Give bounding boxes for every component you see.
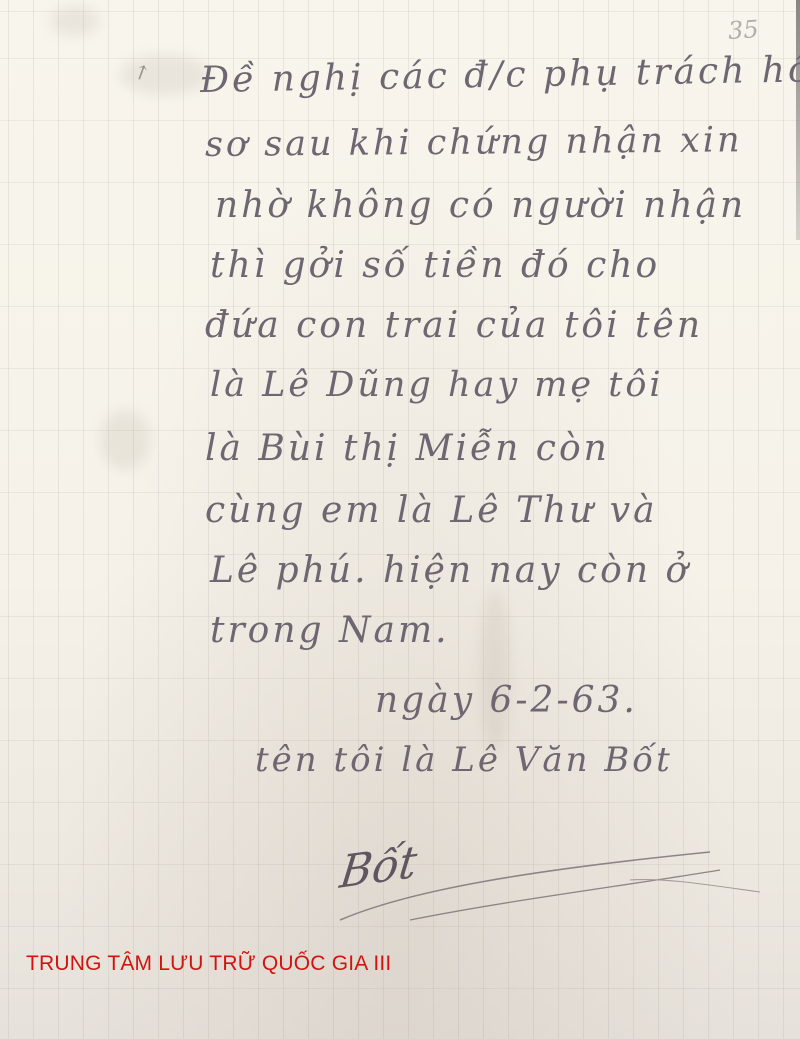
letter-line: là Lê Dũng hay mẹ tôi <box>210 365 664 405</box>
letter-line: trong Nam. <box>210 610 450 651</box>
name-line: tên tôi là Lê Văn Bốt <box>255 740 673 780</box>
page-edge-shadow <box>796 0 800 240</box>
letter-line: nhờ không có người nhận <box>215 185 746 226</box>
paper-stain <box>480 590 510 750</box>
page-number: 35 <box>727 15 759 45</box>
letter-line: thì gởi số tiền đó cho <box>210 245 660 286</box>
archive-watermark: TRUNG TÂM LƯU TRỮ QUỐC GIA III <box>26 952 391 976</box>
paper-stain <box>50 6 100 36</box>
date-line: ngày 6-2-63. <box>375 680 638 721</box>
signature-flourish-icon <box>330 830 770 930</box>
letter-line: đứa con trai của tôi tên <box>205 305 703 346</box>
letter-line: sơ sau khi chứng nhận xin <box>205 120 743 165</box>
letter-line: là Bùi thị Miễn còn <box>205 428 610 469</box>
paper-stain <box>100 410 150 470</box>
letter-line: Lê phú. hiện nay còn ở <box>210 550 690 591</box>
letter-line: cùng em là Lê Thư và <box>205 490 658 531</box>
